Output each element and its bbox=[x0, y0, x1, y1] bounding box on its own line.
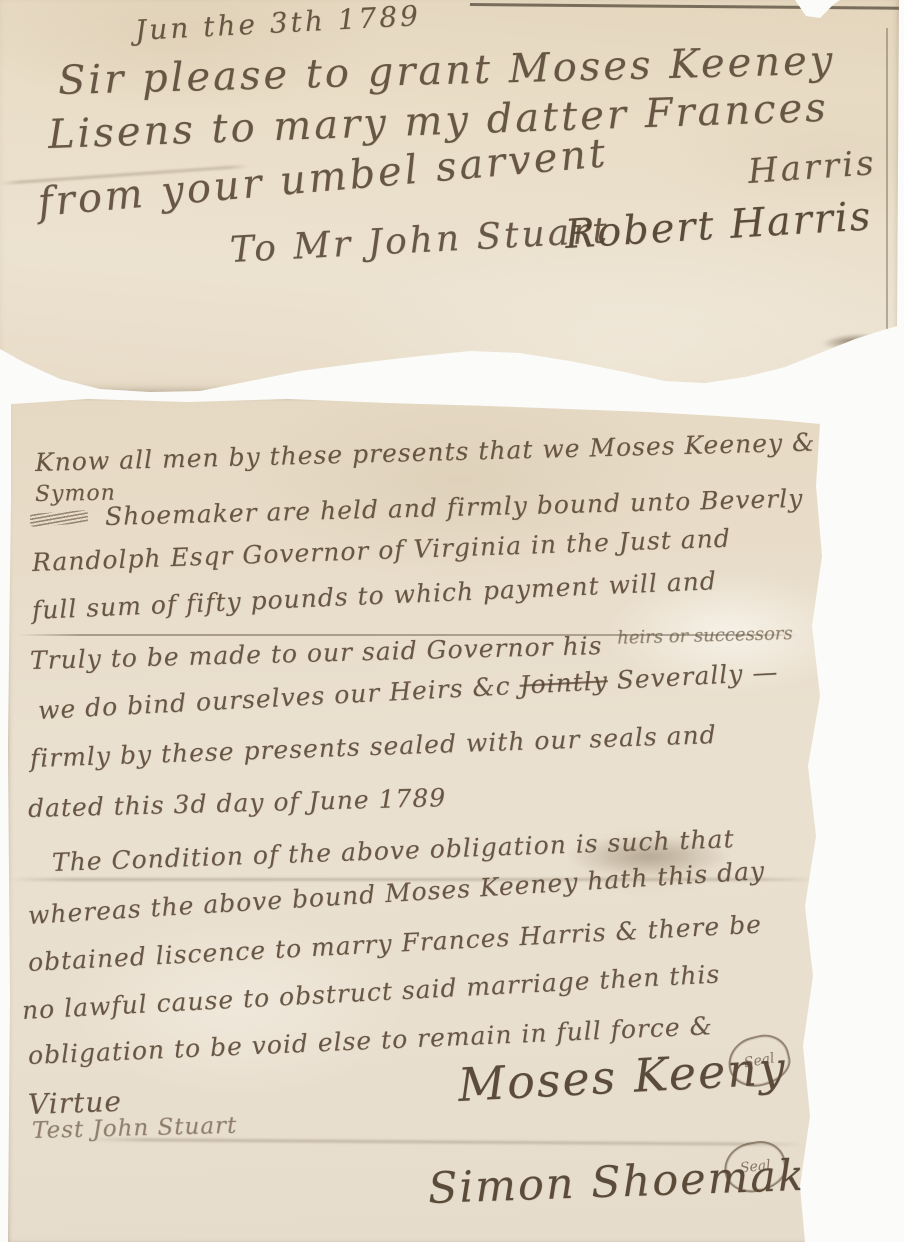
doc2-line6-pre: we do bind ourselves our Heirs &c bbox=[37, 671, 520, 725]
seal-label: Seal bbox=[742, 1050, 775, 1071]
doc2-line-8: dated this 3d day of June 1789 bbox=[28, 783, 447, 823]
doc2-line5-main: Truly to be made to our said Governor hi… bbox=[30, 631, 603, 675]
scratched-out-word bbox=[30, 510, 89, 527]
seal-label: Seal bbox=[739, 1157, 771, 1176]
document-consent-note: Jun the 3th 1789 Sir please to grant Mos… bbox=[0, 0, 899, 392]
ink-smudge bbox=[821, 331, 880, 351]
doc1-address-line: To Mr John Stuart bbox=[229, 210, 611, 271]
doc2-witness-line: Test John Stuart bbox=[32, 1113, 238, 1144]
paper-right-edge bbox=[886, 28, 888, 368]
doc2-signature-simon-shoemaker: Simon Shoemaker bbox=[427, 1149, 857, 1214]
paper-top-edge bbox=[470, 3, 904, 9]
doc2-line-3: Randolph Esqr Governor of Virginia in th… bbox=[31, 524, 731, 577]
doc2-line-1: Know all men by these presents that we M… bbox=[35, 428, 816, 477]
doc1-surname: Harris bbox=[747, 143, 878, 192]
document-marriage-bond: Know all men by these presents that we M… bbox=[8, 396, 830, 1242]
doc2-line6-struck-word: Jointly bbox=[519, 666, 609, 700]
doc2-line6-post: Severally — bbox=[607, 657, 779, 695]
doc2-line5-superscript: heirs or successors bbox=[617, 623, 793, 649]
doc2-line-4: full sum of fifty pounds to which paymen… bbox=[31, 566, 717, 625]
doc2-line-7: firmly by these presents sealed with our… bbox=[29, 720, 717, 773]
scanned-documents-background: Jun the 3th 1789 Sir please to grant Mos… bbox=[0, 0, 904, 1242]
doc1-date: Jun the 3th 1789 bbox=[134, 0, 422, 47]
